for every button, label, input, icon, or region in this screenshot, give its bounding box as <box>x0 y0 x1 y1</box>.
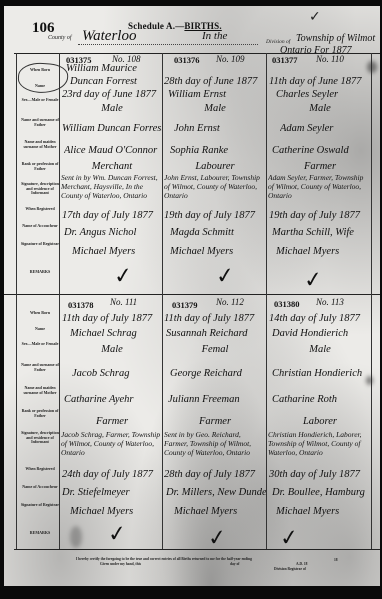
column-divider-1 <box>162 53 163 549</box>
label-when-born: When Born <box>20 68 60 73</box>
label-when-registered: When Registered <box>20 467 60 472</box>
label-rank: Rank or profession of Father <box>20 409 60 418</box>
registration-number: 031380 <box>274 299 300 309</box>
entry-mother: Catherine Oswald <box>272 145 371 156</box>
entry-when-registered: 30th day of July 1877 <box>269 469 371 480</box>
stain <box>70 526 82 548</box>
entry-when-registered: 28th day of July 1877 <box>164 469 266 480</box>
section-divider-rule <box>4 294 380 295</box>
entry-informant: Sent in by Wm. Duncan Forrest, Merchant,… <box>61 173 162 200</box>
label-father: Name and surname of Father <box>20 363 60 372</box>
check-mark-icon: ✓ <box>107 521 128 548</box>
column-divider-2 <box>266 53 267 549</box>
entry-when-registered: 24th day of July 1877 <box>62 469 162 480</box>
label-column-border <box>59 53 60 549</box>
entry-when-registered: 19th day of July 1877 <box>269 210 371 221</box>
entry-rank: Farmer <box>269 161 371 172</box>
entry-sex: Male <box>62 344 162 355</box>
entry-sex: Male <box>269 103 371 114</box>
ink-blot <box>366 376 373 385</box>
entry-accoucheur: Dr. Angus Nichol <box>64 227 162 238</box>
label-name: Name <box>20 84 60 89</box>
entry-registrar: Michael Myers <box>70 506 162 517</box>
label-rank: Rank or profession of Father <box>20 162 60 171</box>
label-remarks: REMARKS <box>20 270 60 275</box>
registration-number: 031377 <box>272 55 298 65</box>
entry-mother: Sophia Ranke <box>170 145 266 156</box>
check-mark-icon: ✓ <box>113 263 134 290</box>
entry-father: Jacob Schrag <box>72 368 162 379</box>
entry-sex: Male <box>62 103 162 114</box>
entry-name: Susannah Reichard <box>166 328 266 339</box>
table-left-border <box>16 53 17 549</box>
entry-father: Christian Hondierich <box>272 368 371 379</box>
entry-mother: Catharine Roth <box>272 394 371 405</box>
entry-registrar: Michael Myers <box>174 506 266 517</box>
certify-text: I hereby certify the foregoing to be the… <box>76 557 252 561</box>
entry-when-registered: 19th day of July 1877 <box>164 210 266 221</box>
entry-when-born: 11th day of June 1877 <box>269 76 371 87</box>
entry-name: William Ernst <box>168 89 266 100</box>
registration-number: 031376 <box>174 55 200 65</box>
entry-mother: Juliann Freeman <box>168 394 266 405</box>
entry-informant: John Ernst, Labourer, Township of Wilmot… <box>164 173 266 200</box>
label-accoucheur: Name of Accoucheur <box>20 224 60 229</box>
entry-when-born: 14th day of July 1877 <box>269 313 371 324</box>
entry-name: Charles Seyler <box>276 89 371 100</box>
entry-name: David Hondierich <box>272 328 371 339</box>
label-accoucheur: Name of Accoucheur <box>20 485 60 490</box>
check-mark-icon: ✓ <box>303 267 324 294</box>
county-underline <box>78 44 258 45</box>
label-when-born: When Born <box>20 311 60 316</box>
entry-sex: Male <box>164 103 266 114</box>
day-of-text: day of <box>230 562 240 566</box>
entry-when-born: 11th day of July 1877 <box>62 313 162 324</box>
entry-name-line1: William Maurice <box>66 63 161 74</box>
entry-rank: Laborer <box>269 416 371 427</box>
entry-rank: Farmer <box>62 416 162 427</box>
entry-accoucheur: Dr. Stiefelmeyer <box>62 487 162 498</box>
entry-when-registered: 17th day of July 1877 <box>62 210 162 221</box>
county-label: County of <box>48 35 72 41</box>
entry-mother: Catharine Ayehr <box>64 394 162 405</box>
entry-name: Duncan Forrest <box>70 76 162 87</box>
entry-when-born: 23rd day of June 1877 <box>62 89 162 100</box>
entry-registrar: Michael Myers <box>72 246 162 257</box>
year-suffix: 18 <box>334 558 338 562</box>
table-right-border <box>371 53 372 549</box>
entry-sex: Male <box>269 344 371 355</box>
entry-rank: Labourer <box>164 161 266 172</box>
check-mark-icon: ✓ <box>309 9 321 25</box>
schedule-title-prefix: Schedule A.— <box>128 21 184 31</box>
entry-registrar: Michael Myers <box>276 246 371 257</box>
entry-note: No. 112 <box>216 297 244 307</box>
in-the-text: In the <box>202 30 227 42</box>
label-sex: Sex—Male or Female <box>20 342 60 347</box>
entry-informant: Christian Hondierich, Laborer, Township … <box>268 430 371 457</box>
entry-rank: Merchant <box>62 161 162 172</box>
birth-register-page: 106 Schedule A.—BIRTHS. ✓ County of Wate… <box>4 6 380 586</box>
entry-sex: Femal <box>164 344 266 355</box>
label-father: Name and surname of Father <box>20 118 60 127</box>
check-mark-icon: ✓ <box>207 525 228 552</box>
label-mother: Name and maiden surname of Mother <box>20 140 60 149</box>
table-bottom-rule <box>14 549 380 550</box>
entry-accoucheur: Dr. Millers, New Dundee <box>166 487 266 498</box>
ink-blot <box>367 61 377 73</box>
entry-registrar: Michael Myers <box>276 506 371 517</box>
entry-father: George Reichard <box>170 368 266 379</box>
entry-when-born: 11th day of July 1877 <box>164 313 266 324</box>
entry-rank: Farmer <box>164 416 266 427</box>
division-registrar-text: Division Registrar of <box>274 567 306 571</box>
given-text: Given under my hand, this <box>100 562 141 566</box>
label-informant: Signature, description and residence of … <box>20 431 60 445</box>
entry-note: No. 110 <box>316 54 344 64</box>
label-registrar: Signature of Registrar <box>20 242 60 247</box>
registration-number: 031378 <box>68 300 94 310</box>
entry-father: William Duncan Forrest <box>62 123 162 134</box>
entry-accoucheur: Dr. Boullee, Hamburg <box>272 487 371 498</box>
entry-accoucheur: Martha Schill, Wife <box>272 227 371 238</box>
entry-name: Michael Schrag <box>70 328 162 339</box>
entry-when-born: 28th day of June 1877 <box>164 76 266 87</box>
entry-registrar: Michael Myers <box>170 246 266 257</box>
entry-note: No. 109 <box>216 54 245 64</box>
entry-informant: Sent in by Geo. Reichard, Farmer, Townsh… <box>164 430 266 457</box>
entry-father: John Ernst <box>174 123 266 134</box>
entry-informant: Adam Seyler, Farmer, Township of Wilmot,… <box>268 173 371 200</box>
entry-note: No. 113 <box>316 297 344 307</box>
label-registrar: Signature of Registrar <box>20 503 60 508</box>
entry-mother: Alice Maud O'Connor <box>64 145 162 156</box>
label-mother: Name and maiden surname of Mother <box>20 386 60 395</box>
label-informant: Signature, description and residence of … <box>20 182 60 196</box>
ad-text: A.D. 18 <box>296 562 307 566</box>
label-remarks: REMARKS <box>20 531 60 536</box>
division-value: Township of Wilmot <box>296 33 375 44</box>
entry-father: Adam Seyler <box>280 123 371 134</box>
entry-note: No. 111 <box>110 297 137 307</box>
county-value: Waterloo <box>82 28 136 45</box>
entry-accoucheur: Magda Schmitt <box>170 227 266 238</box>
entry-informant: Jacob Schrag, Farmer, Township of Wilmot… <box>61 430 162 457</box>
label-sex: Sex—Male or Female <box>20 98 60 103</box>
check-mark-icon: ✓ <box>215 263 236 290</box>
label-when-registered: When Registered <box>20 207 60 212</box>
label-name: Name <box>20 327 60 332</box>
registration-number: 031379 <box>172 300 198 310</box>
check-mark-icon: ✓ <box>279 525 300 552</box>
